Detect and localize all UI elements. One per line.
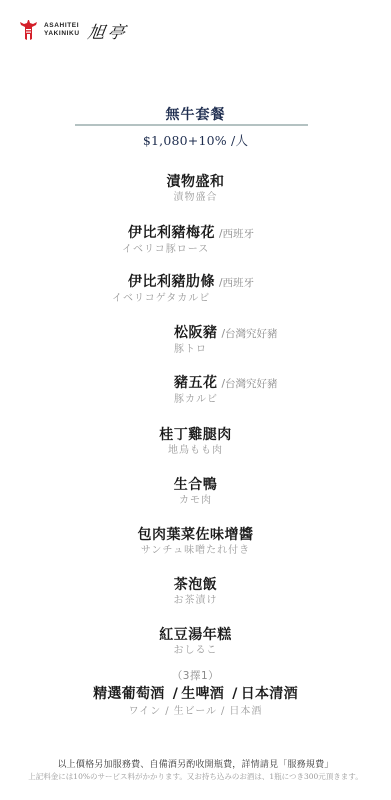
drink-separator: / xyxy=(173,686,178,702)
item-origin: /西班牙 xyxy=(219,228,254,240)
brand-wordmark: ASAHITEI YAKINIKU xyxy=(44,22,80,39)
drink-options-sub: ワイン/生ビール/日本酒 xyxy=(0,702,391,717)
brand-line1: ASAHITEI xyxy=(44,22,80,31)
item-name: 豬五花 xyxy=(174,375,218,391)
menu-item: 包肉葉菜佐味增醬 サンチュ味噌たれ付き xyxy=(0,527,391,557)
item-name-row: 伊比利豬梅花/西班牙 xyxy=(128,225,254,243)
drink-choice-note: （3擇1） xyxy=(0,668,391,683)
menu-item: 茶泡飯 お茶漬け xyxy=(0,577,391,607)
brand-logo: ASAHITEI YAKINIKU 旭亭 xyxy=(19,18,128,42)
drink-sub-wine: ワイン xyxy=(129,706,162,717)
item-name: 茶泡飯 xyxy=(0,577,391,594)
menu-item: 漬物盛和 漬物盛合 xyxy=(0,174,391,204)
drink-separator: / xyxy=(232,686,237,702)
menu-item: 生合鴨 カモ肉 xyxy=(0,477,391,507)
brand-script: 旭亭 xyxy=(86,18,130,43)
item-sub: カモ肉 xyxy=(0,494,391,507)
item-origin: /西班牙 xyxy=(219,277,254,289)
torii-mascot-icon xyxy=(19,19,38,41)
item-name: 紅豆湯年糕 xyxy=(0,627,391,644)
course-price: $1,080+10% /人 xyxy=(0,131,391,149)
course-title: 無牛套餐 xyxy=(0,104,391,124)
drink-separator: / xyxy=(221,706,225,717)
item-origin: /台灣究好豬 xyxy=(222,328,278,340)
drink-sub-sake: 日本酒 xyxy=(229,706,262,717)
item-name-row: 松阪豬/台灣究好豬 xyxy=(174,325,278,343)
drink-separator: / xyxy=(165,706,169,717)
footer-service-note-jp: 上記料金には10%のサービス料がかかります。又お持ち込みのお酒は、1瓶につき30… xyxy=(0,771,391,782)
drink-option-beer: 生啤酒 xyxy=(181,686,224,702)
item-name: 包肉葉菜佐味增醬 xyxy=(0,527,391,544)
menu-item: 豬五花/台灣究好豬 豚カルビ xyxy=(174,375,278,406)
item-sub: 地鳥もも肉 xyxy=(0,444,391,457)
item-name: 桂丁雞腿肉 xyxy=(0,427,391,444)
menu-item: 桂丁雞腿肉 地鳥もも肉 xyxy=(0,427,391,457)
item-origin: /台灣究好豬 xyxy=(222,378,278,390)
item-sub: イベリコ豚ロース xyxy=(122,243,254,256)
item-name-row: 伊比利豬肋條/西班牙 xyxy=(128,274,254,292)
menu-item: 伊比利豬肋條/西班牙 イベリコゲタカルビ xyxy=(128,274,254,305)
item-sub: おしるこ xyxy=(0,644,391,657)
item-sub: お茶漬け xyxy=(0,594,391,607)
item-name: 伊比利豬梅花 xyxy=(128,225,215,241)
item-sub: 豚トロ xyxy=(174,343,278,356)
brand-line2: YAKINIKU xyxy=(44,30,80,39)
item-name-row: 豬五花/台灣究好豬 xyxy=(174,375,278,393)
menu-item: 伊比利豬梅花/西班牙 イベリコ豚ロース xyxy=(128,225,254,256)
item-sub: サンチュ味噌たれ付き xyxy=(0,544,391,557)
item-name: 松阪豬 xyxy=(174,325,218,341)
drink-option-wine: 精選葡萄酒 xyxy=(93,686,165,702)
title-divider xyxy=(75,124,308,126)
item-name: 生合鴨 xyxy=(0,477,391,494)
item-name: 伊比利豬肋條 xyxy=(128,274,215,290)
item-sub: 豚カルビ xyxy=(174,393,278,406)
menu-item: 紅豆湯年糕 おしるこ xyxy=(0,627,391,657)
menu-item: 松阪豬/台灣究好豬 豚トロ xyxy=(174,325,278,356)
drink-option-sake: 日本清酒 xyxy=(241,686,298,702)
drink-sub-beer: 生ビール xyxy=(174,706,217,717)
footer-service-note: 以上價格另加服務費、自備酒另酌收開瓶費，詳情請見「服務規費」 xyxy=(0,757,391,770)
drink-options: 精選葡萄酒 /生啤酒 /日本清酒 xyxy=(0,683,391,703)
item-sub: 漬物盛合 xyxy=(0,191,391,204)
item-sub: イベリコゲタカルビ xyxy=(112,292,254,305)
item-name: 漬物盛和 xyxy=(0,174,391,191)
